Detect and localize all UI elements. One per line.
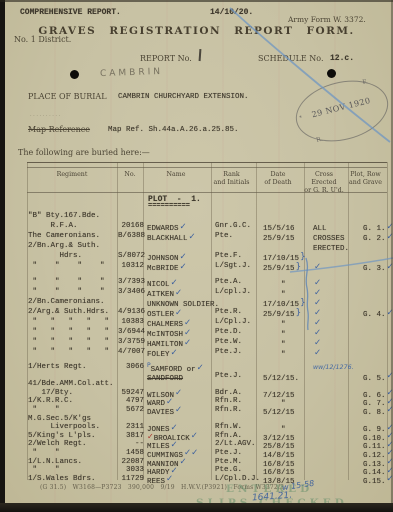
name-check-mark: ✓ (180, 262, 187, 272)
cell-rank: Pte.F. (213, 251, 260, 261)
death-date: 25/9/15 (263, 265, 295, 273)
cell-cross (311, 211, 357, 221)
cell-rank: Rfn.W. (213, 423, 260, 432)
table-row: 1/L.N.Lancs. 22087 MANNION✓ Pte.M. 16/8/… (27, 458, 387, 467)
scan-edge-left (0, 0, 5, 512)
table-row: " " " " " 4/7007 FOLEY✓ Pte.J. " ✓ (27, 347, 387, 357)
cell-date: " (260, 317, 311, 327)
date-brace-mark: } (300, 298, 306, 308)
cell-regiment: 1/K.R.R.C. (27, 397, 118, 406)
name-check-mark: ✓ (180, 252, 187, 262)
cell-name: NICOL✓ (144, 277, 213, 287)
cell-number: -- (118, 440, 144, 449)
cell-name: FOLEY✓ (144, 347, 213, 357)
cell-rank (213, 380, 260, 389)
cell-number: S/8072 (118, 251, 144, 261)
cell-grave (357, 317, 393, 327)
cell-rank: Pte.W. (213, 337, 260, 347)
table-row: " " 1458 CUMMINGS✓✓ Pte.J. 14/8/15 G.12.… (27, 449, 387, 458)
cell-number: 3/3406 (118, 287, 144, 297)
cell-name: UNKNOWN SOLDIER. (144, 297, 213, 307)
correction-letter: P (147, 362, 151, 369)
table-row: " " 5672 DAVIES✓ Rfn.R. 5/12/15 G. 8.✓ (27, 406, 387, 415)
cell-regiment: " " " " (27, 287, 118, 297)
table-row: 41/Bde.AMM.Col.att. (27, 380, 387, 389)
col-header-cross: Cross Erectedor G. R. U'd. (302, 167, 346, 195)
cell-number: 10312 (118, 261, 144, 271)
cell-date: " (260, 277, 311, 287)
cell-number: 3/6944 (118, 327, 144, 337)
cell-rank: Pte. (213, 231, 260, 241)
cell-name: CHALMERS✓ (144, 317, 213, 327)
cell-date: 25/9/15} (260, 307, 311, 317)
cell-name: JONES✓ (144, 423, 213, 432)
cell-rank (213, 415, 260, 424)
cell-rank: L/cpl.J. (213, 287, 260, 297)
cell-date: 15/5/16 (260, 221, 311, 231)
date-brace-mark: } (296, 308, 302, 318)
table-row: " " " " " 10383 CHALMERS✓ L/Cpl.J. " ✓ (27, 317, 387, 327)
cell-cross (311, 380, 357, 389)
cell-regiment: R.F.A. (27, 221, 118, 231)
cell-number: 20168 (118, 221, 144, 231)
cell-cross: ERECTED. (311, 241, 357, 251)
cell-grave (357, 327, 393, 337)
cell-date: " (260, 337, 311, 347)
cell-number: B/6388 (118, 231, 144, 241)
cell-grave: G. 8.✓ (357, 406, 393, 415)
death-date: " (263, 351, 286, 359)
name-check-mark: ✓ (175, 308, 182, 318)
table-row: " " " " " 3/6944 McINTOSH✓ Pte.D. " ✓ (27, 327, 387, 337)
cell-date: 25/9/15 (260, 231, 311, 241)
cell-rank (213, 241, 260, 251)
cell-rank: 2/Lt.AGV. (213, 440, 260, 449)
table-row: " " " " 10312 McBRIDE✓ L/Sgt.J. 25/9/15}… (27, 261, 387, 271)
cell-name: DAVIES✓ (144, 406, 213, 415)
table-row: "B" Bty.167.Bde. (27, 211, 387, 221)
cell-name (144, 241, 213, 251)
scan-edge-top (0, 0, 393, 2)
table-row: M.G.Sec.5/K'gs (27, 415, 387, 424)
cell-name: MILES✓ (144, 440, 213, 449)
name-check-mark: ✓ (171, 440, 178, 450)
name-check-mark: ✓ (171, 278, 178, 288)
cell-cross: CROSSES (311, 231, 357, 241)
cell-rank: Pte.R. (213, 307, 260, 317)
name-check-mark: ✓ (180, 222, 187, 232)
cell-rank: L/Cpl.J. (213, 317, 260, 327)
cell-number (118, 241, 144, 251)
cell-date: 25/9/15} (260, 261, 311, 271)
cell-date: 3/12/15 (260, 432, 311, 441)
place-name-pencil-annotation: CAMBRIN (100, 67, 163, 79)
col-header-rank: Rankand Initials (209, 167, 254, 195)
cell-regiment: " " (27, 406, 118, 415)
table-row: " " " " 3/7393 NICOL✓ Pte.A. " ✓ (27, 277, 387, 287)
cell-cross (311, 389, 357, 398)
name-check-mark: ✓ (166, 474, 173, 484)
cell-regiment: " " " " " (27, 317, 118, 327)
stamp-arc-letter-top: F. (362, 78, 369, 86)
cell-date: " (260, 347, 311, 357)
cross-check-mark: ✓ (314, 298, 321, 308)
table-row: Hdrs. S/8072 JOHNSON✓ Pte.F. 17/10/15} (27, 251, 387, 261)
cell-name: REES✓ (144, 475, 213, 484)
cell-rank: Pte.M. (213, 458, 260, 467)
cross-check-mark: ✓ (314, 318, 321, 328)
cell-grave (357, 211, 393, 221)
cell-regiment: " " (27, 449, 118, 458)
cell-grave (357, 415, 393, 424)
cell-regiment: Hdrs. (27, 251, 118, 261)
table-row: 2/Welch Regt. -- MILES✓ 2/Lt.AGV. 25/8/1… (27, 440, 387, 449)
cell-date: 16/8/15 (260, 466, 311, 475)
cell-regiment: "B" Bty.167.Bde. (27, 211, 118, 221)
cell-cross (311, 449, 357, 458)
cell-rank: Pte.A. (213, 277, 260, 287)
cross-check-mark: ✓ (314, 348, 321, 358)
army-form-number: Army Form W. 3372. (288, 15, 366, 24)
cell-date: " (260, 397, 311, 406)
schedule-no-label: SCHEDULE No. (258, 54, 324, 63)
cell-rank: Gnr.G.C. (213, 221, 260, 231)
table-header-row: Regiment No. Name Rankand Initials Dateo… (27, 167, 387, 195)
name-check-mark: ✓ (175, 388, 182, 398)
cell-regiment: 2/Welch Regt. (27, 440, 118, 449)
scan-edge-bottom (0, 503, 393, 512)
grave-reference: G. 3. (363, 265, 386, 273)
date-brace-mark: } (296, 262, 302, 272)
table-row: 17/Bty. 59247 WILSON✓ Bdr.A. 7/12/15 G. … (27, 389, 387, 398)
report-no-label: REPORT No. (140, 54, 192, 63)
cell-grave: G. 2.✓ (357, 231, 393, 241)
cell-date: " (260, 287, 311, 297)
cell-rank: L/Sgt.J. (213, 261, 260, 271)
cell-name: CUMMINGS✓✓ (144, 449, 213, 458)
plot-heading-underline: ========== (148, 202, 190, 210)
cell-regiment: " " (27, 466, 118, 475)
soldier-name: McBRIDE (147, 265, 179, 273)
cell-name: HAMILTON✓ (144, 337, 213, 347)
cell-number: 4/7007 (118, 347, 144, 357)
intro-line: The following are buried here:— (18, 148, 150, 157)
name-check-mark: ✓ (171, 348, 178, 358)
cell-rank: Pte.G. (213, 466, 260, 475)
col-header-name: Name (143, 167, 209, 195)
table-row: 1/K.R.R.C. 4797 WARD✓ Rfn.R. " G. 7.✓ (27, 397, 387, 406)
map-reference-value: Map Ref. Sh.44a.A.26.a.25.85. (108, 126, 239, 134)
report-type-label: COMPREHENSIVE REPORT. (20, 8, 121, 17)
cell-grave (357, 241, 393, 251)
cell-regiment: " " " " " (27, 347, 118, 357)
name-check-mark: ✓ (166, 397, 173, 407)
cell-name (144, 415, 213, 424)
cell-cross (311, 475, 357, 484)
report-no-handwritten-value (199, 49, 201, 61)
dotted-line: . . . . . . . . . . (30, 112, 60, 118)
cell-cross: ✓ (311, 337, 357, 347)
cell-grave: G. 3.✓ (357, 261, 393, 271)
hole-punch-left (70, 70, 79, 79)
cell-number: 3033 (118, 466, 144, 475)
table-row: 1/Herts Regt. 3066 PSAMFORD or✓ ww/12/12… (27, 363, 387, 372)
cell-number: 11729 (118, 475, 144, 484)
cell-date (260, 211, 311, 221)
hole-punch-right (327, 69, 336, 78)
table-row: The Cameronians. B/6388 BLACKHALL✓ Pte. … (27, 231, 387, 241)
cell-rank: Pte.J. (213, 347, 260, 357)
cell-regiment: 41/Bde.AMM.Col.att. (27, 380, 118, 389)
cell-grave: G.15.✓ (357, 475, 393, 484)
soldier-name: FOLEY (147, 351, 170, 359)
cell-number (118, 297, 144, 307)
burial-table-rows: "B" Bty.167.Bde. R.F.A. 20168 EDWARDS✓ G… (27, 211, 387, 483)
cell-regiment: " " " " (27, 277, 118, 287)
cell-regiment: The Cameronians. (27, 231, 118, 241)
cell-cross (311, 466, 357, 475)
place-of-burial-label: PLACE OF BURIAL (28, 92, 107, 101)
cell-date: 5/12/15 (260, 406, 311, 415)
cell-name: OSTLER✓ (144, 307, 213, 317)
cell-cross (311, 397, 357, 406)
cell-regiment: 2/Bn.Cameronians. (27, 297, 118, 307)
cell-grave (357, 277, 393, 287)
cell-name: EDWARDS✓ (144, 221, 213, 231)
name-check-mark: ✓ (184, 328, 191, 338)
cell-number: 22087 (118, 458, 144, 467)
cross-check-mark: ✓ (314, 328, 321, 338)
cell-name: ✓BROALICK✓ (144, 432, 213, 441)
table-row: 2/Arg.& Suth.Hdrs. 4/9136 OSTLER✓ Pte.R.… (27, 307, 387, 317)
cell-date: 14/8/15 (260, 449, 311, 458)
cell-regiment (27, 372, 118, 381)
cell-number (118, 415, 144, 424)
table-row: 2/Bn.Cameronians. UNKNOWN SOLDIER. 17/10… (27, 297, 387, 307)
cell-regiment: 2/Bn.Arg.& Suth. (27, 241, 118, 251)
cross-check-mark: ✓ (314, 278, 321, 288)
cell-date: 5/12/15. (260, 372, 311, 381)
cell-grave: G. 4.✓ (357, 307, 393, 317)
cell-number: 3066 (118, 363, 144, 372)
cell-number: 3/7393 (118, 277, 144, 287)
cell-regiment: " " " " " (27, 327, 118, 337)
table-row: " " " " 3/3406 AITKEN✓ L/cpl.J. " ✓ (27, 287, 387, 297)
cell-number: 4797 (118, 397, 144, 406)
cell-number: 1458 (118, 449, 144, 458)
red-check-mark: ✓ (147, 432, 154, 441)
table-row: Liverpools. 2311 JONES✓ Rfn.W. " G. 9.✓ (27, 423, 387, 432)
cell-number (118, 372, 144, 381)
received-date-stamp: 29 NOV 1920 F. R. * (289, 71, 393, 150)
cell-name: JOHNSON✓ (144, 251, 213, 261)
col-header-regiment: Regiment (27, 167, 117, 195)
cell-name: HARDY✓ (144, 466, 213, 475)
cell-name: AITKEN✓ (144, 287, 213, 297)
cell-number: 3817 (118, 432, 144, 441)
cross-handwritten-note: ww/12/1276. (313, 364, 354, 371)
cell-date (260, 241, 311, 251)
cell-number: 2311 (118, 423, 144, 432)
cell-date: 16/8/15 (260, 458, 311, 467)
cell-grave (357, 251, 393, 261)
cell-name: McINTOSH✓ (144, 327, 213, 337)
cell-cross: ✓ (311, 297, 357, 307)
place-of-burial-value: CAMBRIN CHURCHYARD EXTENSION. (118, 93, 249, 101)
cell-cross: ✓ (311, 261, 357, 271)
cell-grave (357, 297, 393, 307)
name-check-mark: ✓ (175, 405, 182, 415)
cell-rank: Pte.D. (213, 327, 260, 337)
col-header-plot: Plot, Rowand Grave (346, 167, 385, 195)
grave-reference: G.15. (363, 478, 386, 486)
name-check-mark: ✓ (197, 363, 204, 373)
cross-check-mark: ✓ (314, 262, 321, 272)
cell-date (260, 380, 311, 389)
date-brace-mark: } (300, 252, 306, 262)
cell-cross: ✓ (311, 307, 357, 317)
table-row: 1/S.Wales Bdrs. 11729 REES✓ L/Cpl.D.J. 1… (27, 475, 387, 484)
cell-date: 7/12/15 (260, 389, 311, 398)
cell-rank: Rfn.R. (213, 397, 260, 406)
cell-regiment: M.G.Sec.5/K'gs (27, 415, 118, 424)
cell-date: 17/10/15} (260, 297, 311, 307)
table-row: " " 3033 HARDY✓ Pte.G. 16/8/15 G.14.✓ (27, 466, 387, 475)
cell-number (118, 380, 144, 389)
cell-cross (311, 440, 357, 449)
cell-number: 5672 (118, 406, 144, 415)
cell-regiment: 2/Arg.& Suth.Hdrs. (27, 307, 118, 317)
cell-cross: ✓ (311, 347, 357, 357)
name-check-mark: ✓ (184, 318, 191, 328)
cell-name: BLACKHALL✓ (144, 231, 213, 241)
cross-check-mark: ✓ (314, 338, 321, 348)
cell-grave (357, 337, 393, 347)
report-date: 14/10/20. (210, 8, 253, 17)
cell-cross: ✓ (311, 277, 357, 287)
cell-name: WILSON✓ (144, 389, 213, 398)
cell-rank (213, 211, 260, 221)
cell-grave (357, 287, 393, 297)
cell-cross: ALL (311, 221, 357, 231)
scanned-graves-registration-form: COMPREHENSIVE REPORT. 14/10/20. Army For… (0, 0, 393, 512)
cell-name: MANNION✓ (144, 458, 213, 467)
schedule-no-value: 12.c. (330, 54, 354, 63)
cell-rank: Rfn.R. (213, 406, 260, 415)
cell-number: 10383 (118, 317, 144, 327)
cell-date: " (260, 423, 311, 432)
cell-number: 3/3759 (118, 337, 144, 347)
cell-regiment: 1/L.N.Lancs. (27, 458, 118, 467)
col-header-date: Dateof Death (254, 167, 302, 195)
name-check-mark: ✓ (175, 288, 182, 298)
cell-cross (311, 406, 357, 415)
name-check-mark: ✓ (171, 423, 178, 433)
cell-regiment: " " " " (27, 261, 118, 271)
cell-cross (311, 372, 357, 381)
cell-regiment: Liverpools. (27, 423, 118, 432)
table-row: SANDFORD Pte.J. 5/12/15. G. 5.✓ (27, 372, 387, 381)
table-row: 2/Bn.Arg.& Suth. ERECTED. (27, 241, 387, 251)
table-row: " " " " " 3/3759 HAMILTON✓ Pte.W. " ✓ (27, 337, 387, 347)
cell-rank: Pte.J. (213, 449, 260, 458)
cell-name (144, 211, 213, 221)
district-label: No. 1 District. (14, 35, 71, 44)
name-check-mark: ✓ (184, 338, 191, 348)
col-header-no: No. (117, 167, 143, 195)
cell-number: 4/9136 (118, 307, 144, 317)
cell-regiment: 1/S.Wales Bdrs. (27, 475, 118, 484)
cell-number (118, 211, 144, 221)
cell-rank (213, 363, 260, 372)
cell-cross (311, 432, 357, 441)
name-check-mark: ✓ (180, 457, 187, 467)
name-check-mark: ✓ (191, 431, 198, 441)
table-row: R.F.A. 20168 EDWARDS✓ Gnr.G.C. 15/5/16 A… (27, 221, 387, 231)
stamp-date: 29 NOV 1920 (295, 92, 386, 123)
cell-name: PSAMFORD or✓ (144, 363, 213, 372)
cell-cross (311, 251, 357, 261)
cell-cross: ✓ (311, 327, 357, 337)
cell-regiment: " " " " " (27, 337, 118, 347)
cell-cross: ww/12/1276. (311, 363, 357, 372)
cell-date: 25/8/15 (260, 440, 311, 449)
cell-grave: G. 5.✓ (357, 372, 393, 381)
name-check-mark: ✓ (189, 232, 196, 242)
cell-cross: ✓ (311, 287, 357, 297)
cell-rank: Pte.J. (213, 372, 260, 381)
cell-cross: ✓ (311, 317, 357, 327)
cell-grave: G. 1.✓ (357, 221, 393, 231)
cell-cross (311, 423, 357, 432)
stamp-arc-letter-bottom: R. (316, 136, 324, 144)
cross-check-mark: ✓ (314, 308, 321, 318)
cell-date: 17/10/15} (260, 251, 311, 261)
cell-cross (311, 415, 357, 424)
cell-rank (213, 297, 260, 307)
cell-grave: G.13.✓ (357, 458, 393, 467)
cell-date: " (260, 327, 311, 337)
cell-date (260, 415, 311, 424)
cell-date (260, 363, 311, 372)
map-reference-label-struck: Map Reference (28, 125, 90, 134)
cell-grave (357, 347, 393, 357)
cell-name: McBRIDE✓ (144, 261, 213, 271)
cell-cross (311, 458, 357, 467)
cell-regiment: 1/Herts Regt. (27, 363, 118, 372)
cross-check-mark: ✓ (314, 288, 321, 298)
